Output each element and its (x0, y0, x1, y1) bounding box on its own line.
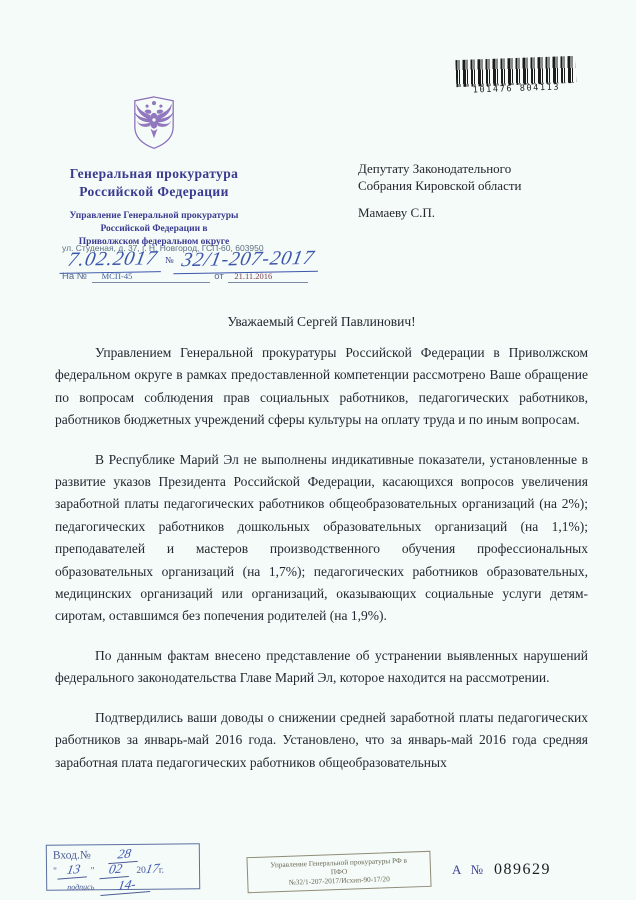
day-close-quote: " (91, 866, 95, 876)
paragraph-1: Управлением Генеральной прокуратуры Росс… (55, 342, 588, 432)
paragraph-3: По данным фактам внесено представление о… (55, 645, 588, 690)
form-number: А №089629 (452, 861, 551, 879)
reference-number: МСП-45 (92, 271, 210, 283)
salutation: Уважаемый Сергей Павлинович! (55, 314, 588, 330)
paragraph-2: В Республике Марий Эл не выполнены индик… (55, 449, 588, 628)
incoming-day-handwriting: 13 (58, 860, 90, 879)
outgoing-date-handwriting: 7.02.2017 (59, 247, 165, 274)
form-number-prefix: А № (452, 862, 486, 877)
year-suffix: г. (159, 866, 164, 876)
reference-from-label: от (214, 271, 223, 282)
org-name-line2: Российской Федерации (44, 183, 264, 201)
form-number-value: 089629 (494, 861, 551, 878)
signature-handwriting: 14- (101, 875, 154, 896)
division-line2: Российской Федерации в (44, 223, 264, 236)
outgoing-number-line: 7.02.2017№32/1-207-2017 (62, 248, 319, 273)
org-name-line1: Генеральная прокуратура (44, 165, 264, 183)
scanned-letter-page: 101476 804113 Генеральная про (0, 0, 636, 900)
recipient-name: Мамаеву С.П. (358, 205, 521, 222)
barcode: 101476 804113 (452, 56, 579, 96)
office-outgoing-stamp: Управление Генеральной прокуратуры РФ в … (246, 851, 431, 893)
recipient-block: Депутату Законодательного Собрания Киров… (358, 161, 521, 222)
signature-label: подпись (67, 882, 94, 891)
coat-of-arms-eagle-icon (131, 94, 177, 152)
division-line1: Управление Генеральной прокуратуры (44, 210, 264, 223)
day-open-quote: " (53, 867, 57, 877)
reference-date: 21.11.2016 (228, 271, 308, 283)
number-sign: № (165, 255, 174, 265)
reference-label: На № (62, 271, 87, 282)
incoming-registration-stamp: Вход.№ 28 " 13 " 02 2017г. подпись 14- (46, 843, 200, 891)
letterhead: Генеральная прокуратура Российской Федер… (44, 94, 264, 249)
paragraph-4: Подтвердились ваши доводы о снижении сре… (55, 707, 588, 774)
recipient-line1: Депутату Законодательного (358, 161, 521, 178)
reference-line: На № МСП-45 от 21.11.2016 (62, 271, 308, 283)
letter-body: Уважаемый Сергей Павлинович! Управлением… (55, 314, 588, 791)
recipient-line2: Собрания Кировской области (358, 178, 521, 195)
